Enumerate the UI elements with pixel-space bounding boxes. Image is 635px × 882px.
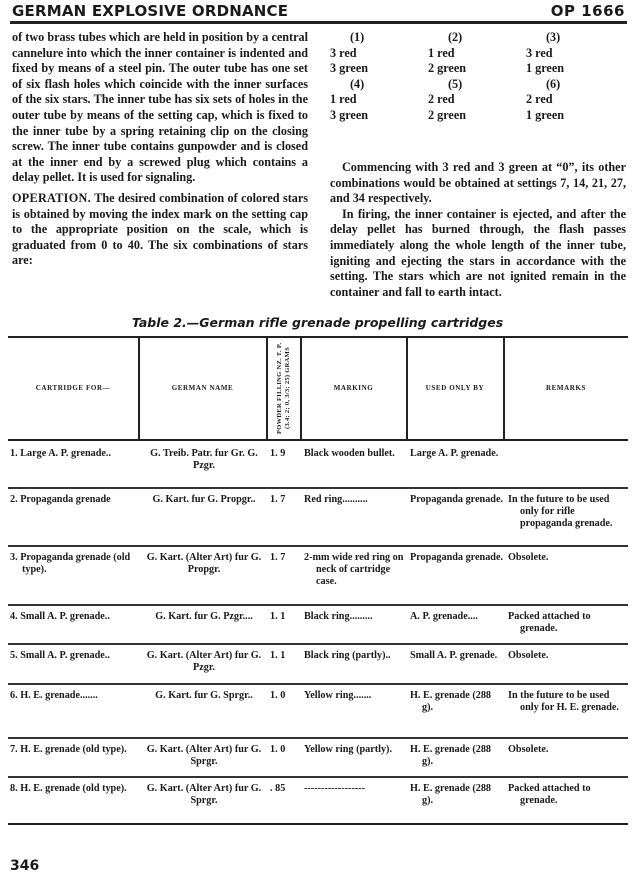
star-combinations: (1) 3 red 3 green (2) 1 red 2 green (3) … — [330, 30, 620, 124]
paragraph-settings: Commencing with 3 red and 3 green at “0”… — [330, 160, 626, 207]
cell-powder: 1. 7 — [270, 494, 302, 506]
cell-german-name: G. Kart. (Alter Art) fur G. Pzgr. — [142, 650, 266, 674]
row-divider — [8, 776, 628, 778]
cell-remarks: In the future to be used only for rifle … — [508, 494, 628, 531]
row-divider — [8, 737, 628, 739]
row-divider — [8, 683, 628, 685]
paragraph-operation: OPERATION. The desired combination of co… — [12, 191, 308, 269]
cell-remarks: Obsolete. — [508, 552, 628, 564]
combination-1: (1) 3 red 3 green — [330, 30, 428, 77]
cell-marking: ------------------ — [304, 783, 404, 795]
cell-marking: 2-mm wide red ring on neck of cartridge … — [304, 552, 404, 589]
combination-green: 3 green — [330, 108, 428, 124]
combination-red: 2 red — [428, 92, 526, 108]
left-text-column: of two brass tubes which are held in pos… — [12, 30, 308, 269]
cell-cartridge-for: 3. Propaganda grenade (old type). — [10, 552, 138, 576]
combination-2: (2) 1 red 2 green — [428, 30, 526, 77]
paragraph-firing: In firing, the inner container is ejecte… — [330, 207, 626, 301]
cell-powder: . 85 — [270, 783, 302, 795]
cell-cartridge-for: 5. Small A. P. grenade.. — [10, 650, 138, 662]
combination-label: (2) — [428, 30, 526, 46]
cell-remarks: Packed attached to grenade. — [508, 783, 628, 807]
cell-german-name: G. Kart. fur G. Pzgr.... — [142, 611, 266, 623]
cell-german-name: G. Kart. fur G. Propgr.. — [142, 494, 266, 506]
document-code: OP 1666 — [551, 2, 625, 20]
cell-powder: 1. 0 — [270, 690, 302, 702]
combination-green: 1 green — [526, 61, 620, 77]
cell-used-only-by: H. E. grenade (288 g). — [410, 744, 504, 768]
operation-heading: OPERATION. — [12, 191, 91, 205]
cell-cartridge-for: 8. H. E. grenade (old type). — [10, 783, 138, 795]
combination-label: (4) — [330, 77, 428, 93]
header-cartridge-for: Cartridge for— — [8, 336, 138, 440]
header-used-only-by: Used Only by — [407, 336, 503, 440]
document-title: GERMAN EXPLOSIVE ORDNANCE — [12, 2, 288, 20]
cell-cartridge-for: 1. Large A. P. grenade.. — [10, 448, 138, 460]
header-remarks: Remarks — [504, 336, 628, 440]
cell-german-name: G. Kart. (Alter Art) fur G. Sprgr. — [142, 744, 266, 768]
combination-red: 1 red — [428, 46, 526, 62]
cell-german-name: G. Treib. Patr. fur Gr. G. Pzgr. — [142, 448, 266, 472]
cell-marking: Black ring (partly).. — [304, 650, 404, 662]
cell-marking: Yellow ring....... — [304, 690, 404, 702]
cell-powder: 1. 9 — [270, 448, 302, 460]
cell-marking: Yellow ring (partly). — [304, 744, 404, 756]
cell-german-name: G. Kart. (Alter Art) fur G. Sprgr. — [142, 783, 266, 807]
combination-label: (3) — [526, 30, 620, 46]
header-powder-filling: Powder Filling Nz. T. P. (3.4; 2; 0, 3/3… — [267, 336, 300, 440]
cell-german-name: G. Kart. fur G. Sprgr.. — [142, 690, 266, 702]
combination-green: 2 green — [428, 61, 526, 77]
combination-green: 3 green — [330, 61, 428, 77]
header-rule — [10, 21, 627, 24]
cell-marking: Black ring......... — [304, 611, 404, 623]
combination-red: 2 red — [526, 92, 620, 108]
cell-used-only-by: Propaganda grenade. — [410, 552, 504, 564]
cell-cartridge-for: 2. Propaganda grenade — [10, 494, 138, 506]
row-divider — [8, 545, 628, 547]
cell-cartridge-for: 6. H. E. grenade....... — [10, 690, 138, 702]
cell-german-name: G. Kart. (Alter Art) fur G. Propgr. — [142, 552, 266, 576]
combination-label: (6) — [526, 77, 620, 93]
cell-used-only-by: Large A. P. grenade. — [410, 448, 504, 460]
combination-red: 1 red — [330, 92, 428, 108]
cell-remarks: Packed attached to grenade. — [508, 611, 628, 635]
cell-remarks: In the future to be used only for H. E. … — [508, 690, 628, 714]
combination-4: (4) 1 red 3 green — [330, 77, 428, 124]
cell-powder: 1. 1 — [270, 611, 302, 623]
combination-3: (3) 3 red 1 green — [526, 30, 620, 77]
combination-green: 2 green — [428, 108, 526, 124]
cell-used-only-by: A. P. grenade.... — [410, 611, 504, 623]
cell-powder: 1. 0 — [270, 744, 302, 756]
cell-remarks: Obsolete. — [508, 650, 628, 662]
right-text-column: Commencing with 3 red and 3 green at “0”… — [330, 160, 626, 300]
cell-powder: 1. 1 — [270, 650, 302, 662]
cell-cartridge-for: 7. H. E. grenade (old type). — [10, 744, 138, 756]
cell-used-only-by: Propaganda grenade. — [410, 494, 504, 506]
cell-used-only-by: H. E. grenade (288 g). — [410, 690, 504, 714]
cell-used-only-by: Small A. P. grenade. — [410, 650, 504, 662]
cell-marking: Black wooden bullet. — [304, 448, 404, 460]
header-powder-filling-text: Powder Filling Nz. T. P. (3.4; 2; 0, 3/3… — [276, 336, 292, 440]
page-number: 346 — [10, 858, 39, 874]
combination-5: (5) 2 red 2 green — [428, 77, 526, 124]
header-marking: Marking — [301, 336, 406, 440]
header-german-name: German Name — [139, 336, 266, 440]
cell-cartridge-for: 4. Small A. P. grenade.. — [10, 611, 138, 623]
combination-label: (5) — [428, 77, 526, 93]
row-divider — [8, 487, 628, 489]
combination-red: 3 red — [330, 46, 428, 62]
paragraph-construction: of two brass tubes which are held in pos… — [12, 30, 308, 186]
combination-6: (6) 2 red 1 green — [526, 77, 620, 124]
combination-green: 1 green — [526, 108, 620, 124]
combination-label: (1) — [330, 30, 428, 46]
table-bottom-rule — [8, 823, 628, 825]
cell-remarks: Obsolete. — [508, 744, 628, 756]
cell-marking: Red ring.......... — [304, 494, 404, 506]
table-title: Table 2.—German rifle grenade propelling… — [0, 315, 635, 330]
row-divider — [8, 604, 628, 606]
cell-powder: 1. 7 — [270, 552, 302, 564]
cell-used-only-by: H. E. grenade (288 g). — [410, 783, 504, 807]
combination-red: 3 red — [526, 46, 620, 62]
row-divider — [8, 643, 628, 645]
